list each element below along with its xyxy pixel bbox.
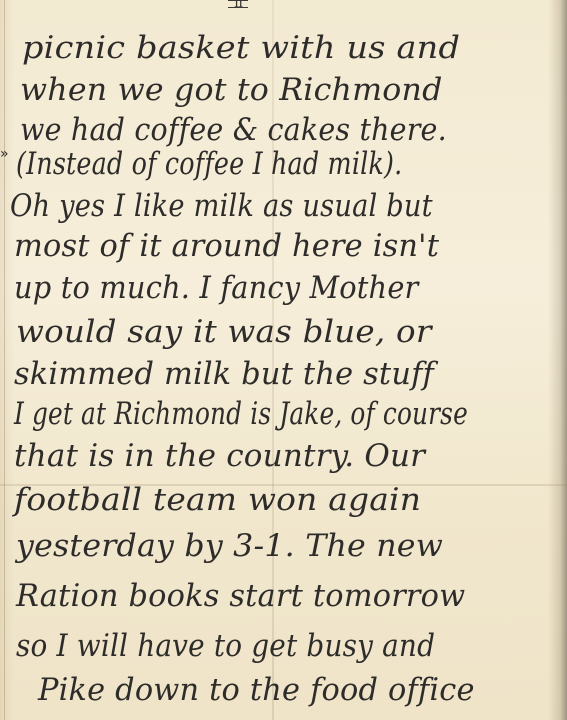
- handwritten-line: yesterday by 3-1. The new: [16, 526, 567, 566]
- letter-page: II » picnic basket with us and when we g…: [0, 0, 567, 720]
- handwritten-line: Ration books start tomorrow: [16, 576, 545, 616]
- margin-arrow-mark: »: [0, 146, 9, 162]
- handwritten-line: would say it was blue, or: [16, 312, 567, 352]
- page-edge-crease: [4, 0, 5, 720]
- handwritten-line: when we got to Richmond: [20, 70, 567, 110]
- handwritten-line: up to much. I fancy Mother: [14, 268, 516, 308]
- handwritten-line: picnic basket with us and: [22, 28, 567, 68]
- handwritten-line: so I will have to get busy and: [16, 626, 502, 666]
- handwritten-line: (Instead of coffee I had milk).: [16, 144, 459, 184]
- handwritten-line: most of it around here isn't: [14, 226, 543, 266]
- page-number: II: [228, 0, 248, 8]
- handwritten-line: I get at Richmond is Jake, of course: [14, 394, 446, 434]
- handwritten-line: Oh yes I like milk as usual but: [10, 186, 485, 226]
- handwritten-line: football team won again: [14, 480, 567, 520]
- handwritten-line: skimmed milk but the stuff: [14, 354, 543, 394]
- handwritten-line: Pike down to the food office: [38, 670, 567, 710]
- handwritten-line: that is in the country. Our: [14, 436, 554, 476]
